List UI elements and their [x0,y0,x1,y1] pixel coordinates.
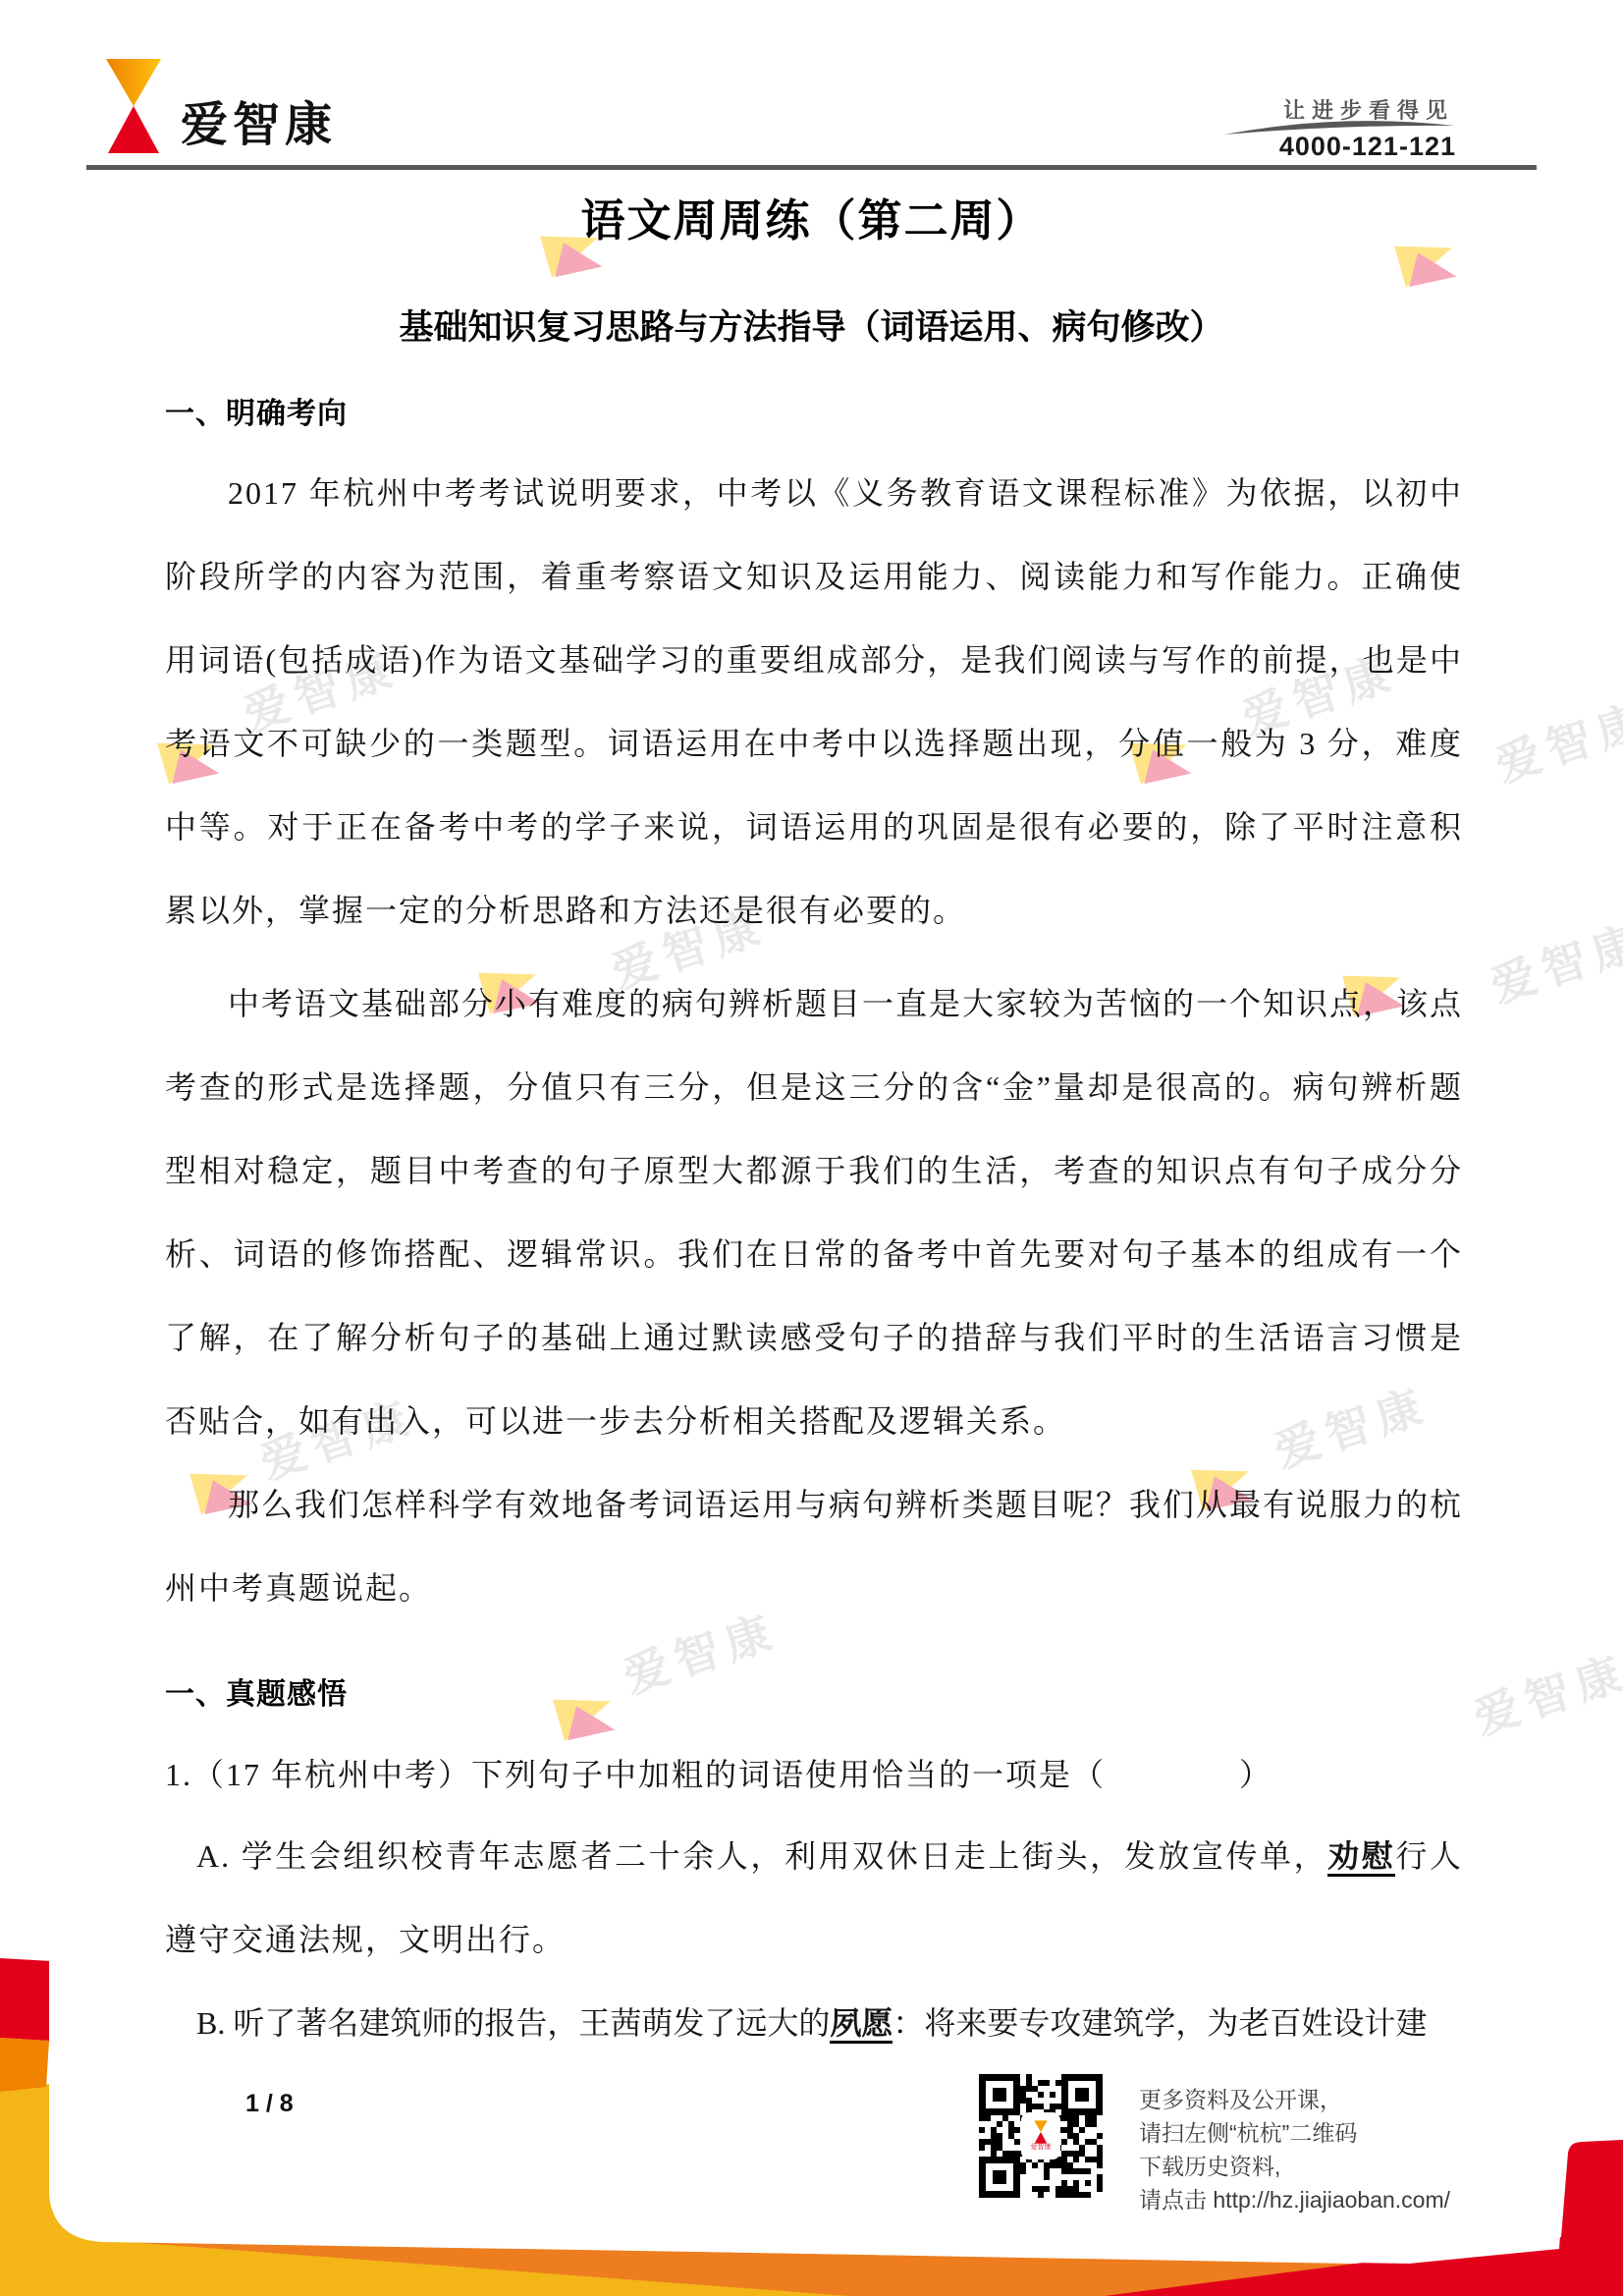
brand-logo-icon [101,59,166,153]
watermark-text: 爱智康 [1487,684,1623,795]
footer-note: 更多资料及公开课， 请扫左侧“杭杭”二维码 下载历史资料, 请点击 http:/… [1139,2083,1450,2216]
watermark-text: 爱智康 [1465,1637,1623,1748]
option-b-text: B. 听了著名建筑师的报告，王茜萌发了远大的 [196,2005,830,2041]
paragraph-3: 那么我们怎样科学有效地备考词语运用与病句辨析类题目呢？我们从最有说服力的杭州中考… [165,1463,1463,1630]
footer-note-line: 下载历史资料, [1139,2150,1450,2183]
option-b: B. 听了著名建筑师的报告，王茜萌发了远大的夙愿：将来要专攻建筑学，为老百姓设计… [165,1982,1463,2065]
question-stem: 1.（17 年杭州中考）下列句子中加粗的词语使用恰当的一项是（ ） [165,1733,1463,1817]
emphasized-word: 夙愿 [830,2005,893,2044]
page-title: 语文周周练（第二周） [0,185,1623,248]
qr-brand-text: 爱智康 [1031,2144,1052,2152]
footer-link-prefix: 请点击 [1139,2187,1213,2213]
option-a-text: A. 学生会组织校青年志愿者二十余人，利用双休日走上街头，发放宣传单， [196,1838,1327,1874]
header-phone: 4000-121-121 [1279,132,1456,162]
brand-name: 爱智康 [181,86,337,154]
qr-finder-icon [1061,2074,1103,2115]
page-subtitle: 基础知识复习思路与方法指导（词语运用、病句修改） [0,301,1623,350]
paragraph-2: 中考语文基础部分小有难度的病句辨析题目一直是大家较为苦恼的一个知识点，该点考查的… [165,962,1463,1463]
qr-brand-logo-icon: 爱智康 [1023,2114,1058,2158]
watermark-text: 爱智康 [1482,905,1623,1016]
footer-link[interactable]: http://hz.jiajiaoban.com/ [1213,2187,1450,2213]
page-number: 1 / 8 [245,2090,294,2118]
qr-code: 爱智康 [967,2062,1114,2210]
section-heading-2: 一、真题感悟 [165,1669,348,1713]
qr-finder-icon [979,2074,1020,2115]
qr-finder-icon [979,2157,1020,2198]
emphasized-word: 劝慰 [1327,1838,1395,1877]
section-heading-1: 一、明确考向 [165,389,348,432]
option-b-text: ：将来要专攻建筑学，为老百姓设计建 [893,2005,1427,2041]
footer-note-line: 更多资料及公开课， [1139,2083,1450,2116]
footer-note-line: 请点击 http://hz.jiajiaoban.com/ [1139,2183,1450,2216]
header-divider [86,165,1537,170]
option-a: A. 学生会组织校青年志愿者二十余人，利用双休日走上街头，发放宣传单，劝慰行人遵… [165,1815,1463,1982]
paragraph-1: 2017 年杭州中考考试说明要求，中考以《义务教育语文课程标准》为依据，以初中阶… [165,452,1463,953]
footer-note-line: 请扫左侧“杭杭”二维码 [1139,2116,1450,2150]
document-page: 爱智康 爱智康 爱智康 爱智康 爱智康 爱智康 爱智康 爱智康 爱智康 爱智康 … [0,0,1623,2296]
